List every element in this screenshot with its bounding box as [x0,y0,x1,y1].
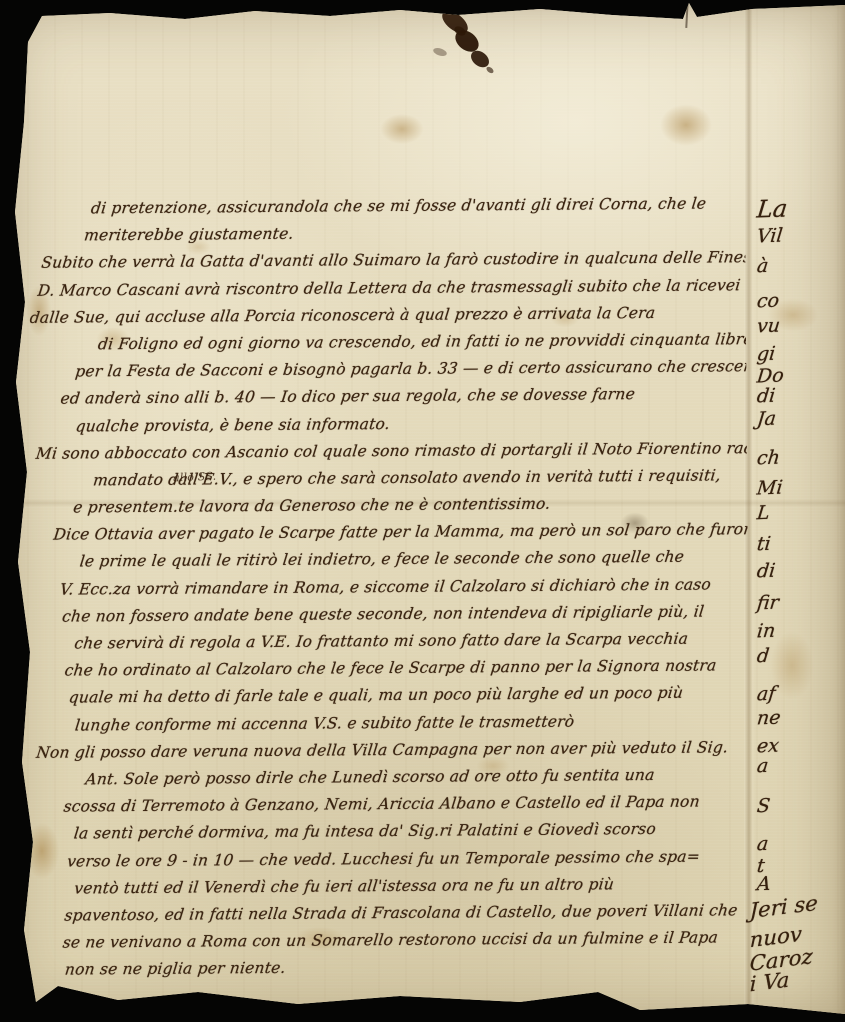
paper-stain [372,108,432,150]
adjacent-page-line: di [756,560,777,583]
adjacent-page-line: fir [756,592,780,615]
adjacent-page-line: gi [756,343,777,366]
adjacent-page-line: a [756,755,770,777]
manuscript-page: allo SS. di pretenzione, assicurandola c… [0,0,845,1022]
adjacent-page-line: ex [756,735,780,758]
manuscript-text-block: allo SS. di pretenzione, assicurandola c… [29,190,751,1001]
adjacent-page-line: di [756,385,777,408]
ink-blot [410,4,510,94]
adjacent-page-line: t [756,855,766,877]
adjacent-page-line: vu [756,315,781,338]
paper-stain [650,96,722,154]
adjacent-page-line: Do [756,365,785,388]
adjacent-page-line: d [756,645,771,667]
adjacent-page-line: Ja [756,408,777,431]
adjacent-page-line: ti [756,533,772,555]
adjacent-page-line: ch [756,447,781,470]
adjacent-page-line: in [756,620,777,643]
adjacent-page-line: Jeri se [749,891,818,923]
photograph-background: allo SS. di pretenzione, assicurandola c… [0,0,845,1022]
adjacent-page-line: Caroz [749,944,812,975]
adjacent-page-line: S [756,795,771,817]
adjacent-page-line: Vil [756,225,784,248]
adjacent-page-line: à [756,255,770,277]
adjacent-page-line: a [756,833,770,855]
top-edge-tear [685,0,688,28]
paper-stain [762,618,822,713]
adjacent-page-line: Mi [756,477,784,500]
adjacent-page-line: La [755,194,788,223]
adjacent-page-line: af [756,683,777,706]
adjacent-page-line: co [756,290,781,313]
adjacent-page-line: nuov [750,922,802,952]
adjacent-page-line: A [756,873,772,895]
paper-stain [758,292,828,338]
manuscript-line: non se ne piglia per niente. [63,951,751,984]
adjacent-page-line: i Va [750,968,790,997]
adjacent-page-line: ne [756,707,782,730]
